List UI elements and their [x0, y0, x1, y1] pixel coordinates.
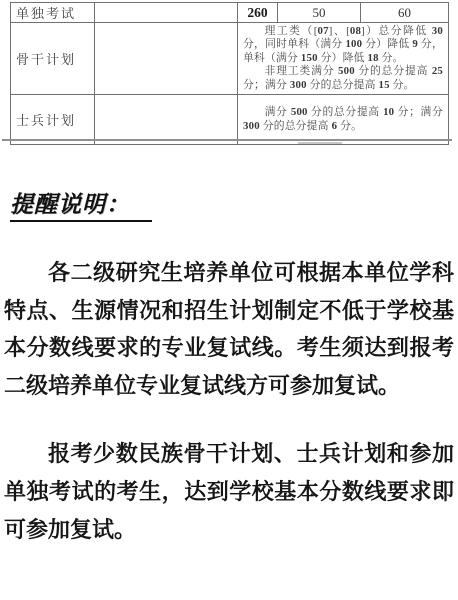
note-cell-soldier-plan: 满分 500 分的总分提高 10 分；满分 300 分的总分提高 6 分。	[238, 95, 449, 145]
row-label-separate-exam: 单独考试	[11, 3, 95, 23]
score-cell-total: 260	[238, 3, 278, 23]
score-cell-single-100: 50	[278, 3, 361, 23]
notice-heading: 提醒说明：	[10, 189, 152, 222]
note-cell-backbone-plan: 理工类（[07]、[08]）总分降低 30 分，同时单科（满分 100 分）降低…	[238, 23, 449, 95]
empty-cell	[95, 3, 238, 23]
notice-paragraph-2: 报考少数民族骨干计划、士兵计划和参加单独考试的考生，达到学校基本分数线要求即可参…	[4, 435, 454, 548]
admission-score-table: 单独考试 260 50 60 骨干计划 理工类（[07]、[08]）总分降低 3…	[10, 2, 449, 145]
row-label-backbone-plan: 骨干计划	[11, 23, 95, 95]
table-row-backbone-plan: 骨干计划 理工类（[07]、[08]）总分降低 30 分，同时单科（满分 100…	[11, 23, 449, 95]
score-cell-single-150: 60	[361, 3, 449, 23]
note-paragraph: 理工类（[07]、[08]）总分降低 30 分，同时单科（满分 100 分）降低…	[243, 25, 443, 65]
empty-cell	[95, 95, 238, 145]
note-paragraph: 非理工类满分 500 分的总分提高 25 分；满分 300 分的总分提高 15 …	[243, 65, 443, 92]
notice-body: 各二级研究生培养单位可根据本单位学科特点、生源情况和招生计划制定不低于学校基本分…	[4, 254, 454, 548]
table-bottom-rule	[2, 139, 452, 141]
notice-paragraph-1: 各二级研究生培养单位可根据本单位学科特点、生源情况和招生计划制定不低于学校基本分…	[4, 254, 454, 404]
table-row-separate-exam: 单独考试 260 50 60	[11, 3, 449, 23]
empty-cell	[95, 23, 238, 95]
row-label-soldier-plan: 士兵计划	[11, 95, 95, 145]
note-paragraph: 满分 500 分的总分提高 10 分；满分 300 分的总分提高 6 分。	[243, 106, 443, 133]
table-row-soldier-plan: 士兵计划 满分 500 分的总分提高 10 分；满分 300 分的总分提高 6 …	[11, 95, 449, 145]
table-crop-artifact	[298, 142, 342, 144]
